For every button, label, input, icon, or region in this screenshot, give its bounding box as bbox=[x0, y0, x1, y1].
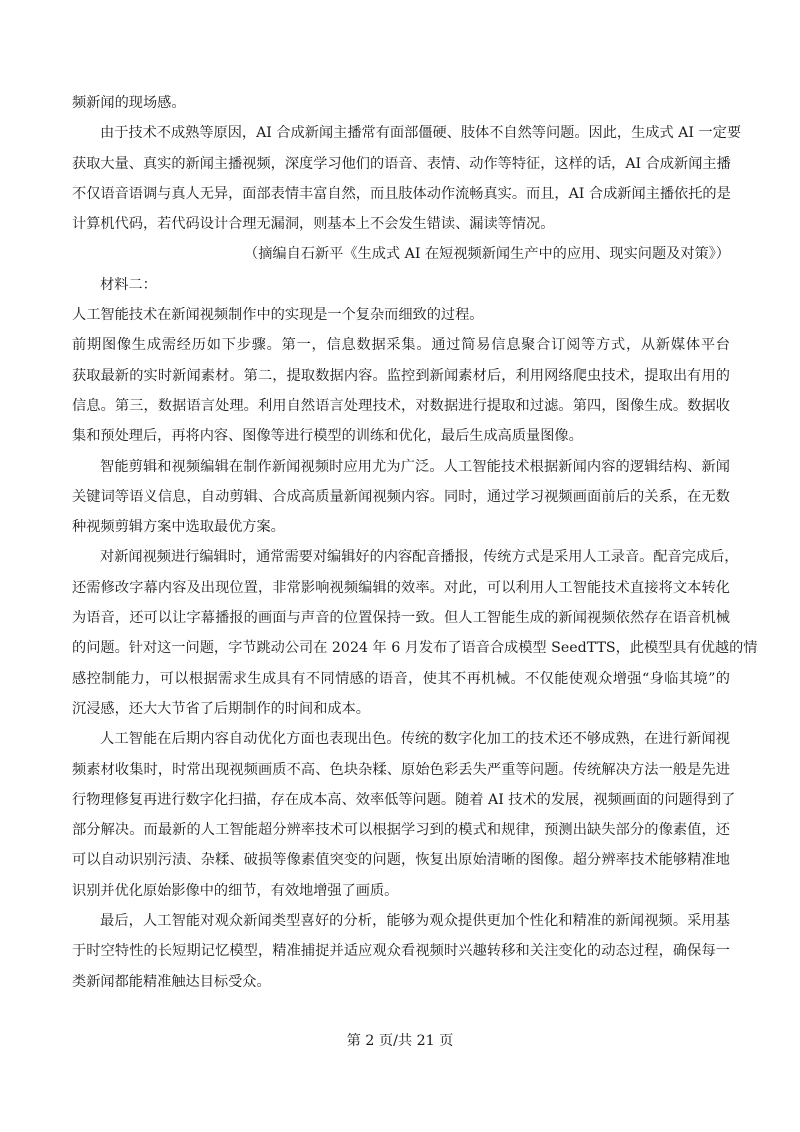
text-line: 智能剪辑和视频编辑在制作新闻视频时应用尤为广泛。人工智能技术根据新闻内容的逻辑结… bbox=[72, 452, 730, 482]
text-line: 部分解决。而最新的人工智能超分辨率技术可以根据学习到的模式和规律，预测出缺失部分… bbox=[72, 815, 730, 845]
text-line: 种视频剪辑方案中选取最优方案。 bbox=[72, 512, 730, 542]
text-line: 最后，人工智能对观众新闻类型喜好的分析，能够为观众提供更加个性化和精准的新闻视频… bbox=[72, 906, 730, 936]
text-line: 行物理修复再进行数字化扫描，存在成本高、效率低等问题。随着 AI 技术的发展，视… bbox=[72, 785, 730, 815]
text-line: 信息。第三，数据语言处理。利用自然语言处理技术，对数据进行提取和过滤。第四，图像… bbox=[72, 391, 730, 421]
text-line: 对新闻视频进行编辑时，通常需要对编辑好的内容配音播报，传统方式是采用人工录音。配… bbox=[72, 542, 730, 572]
text-line: 集和预处理后，再将内容、图像等进行模型的训练和优化，最后生成高质量图像。 bbox=[72, 421, 730, 451]
text-line: 频素材收集时，时常出现视频画质不高、色块杂糅、原始色彩丢失严重等问题。传统解决方… bbox=[72, 755, 730, 785]
text-line: 还需修改字幕内容及出现位置，非常影响视频编辑的效率。对此，可以利用人工智能技术直… bbox=[72, 573, 730, 603]
page-number: 第 2 页/共 21 页 bbox=[0, 1030, 800, 1050]
text-line: 前期图像生成需经历如下步骤。第一，信息数据采集。通过简易信息聚合订阅等方式，从新… bbox=[72, 330, 730, 360]
text-line: 人工智能技术在新闻视频制作中的实现是一个复杂而细致的过程。 bbox=[72, 300, 730, 330]
section-heading: 材料二： bbox=[72, 270, 730, 300]
text-line: 获取大量、真实的新闻主播视频，深度学习他们的语音、表情、动作等特征，这样的话，A… bbox=[72, 149, 730, 179]
text-line: 由于技术不成熟等原因，AI 合成新闻主播常有面部僵硬、肢体不自然等问题。因此，生… bbox=[72, 118, 730, 148]
text-line: 不仅语音语调与真人无异，面部表情丰富自然，而且肢体动作流畅真实。而且，AI 合成… bbox=[72, 179, 730, 209]
text-line: 为语音，还可以让字幕播报的画面与声音的位置保持一致。但人工智能生成的新闻视频依然… bbox=[72, 603, 730, 633]
source-citation: （摘编自石新平《生成式 AI 在短视频新闻生产中的应用、现实问题及对策》） bbox=[72, 239, 730, 269]
text-line: 类新闻都能精准触达目标受众。 bbox=[72, 967, 730, 997]
text-line: 关键词等语义信息，自动剪辑、合成高质量新闻视频内容。同时，通过学习视频画面前后的… bbox=[72, 482, 730, 512]
text-line: 获取最新的实时新闻素材。第二，提取数据内容。监控到新闻素材后，利用网络爬虫技术，… bbox=[72, 361, 730, 391]
text-line: 感控制能力，可以根据需求生成具有不同情感的语音，使其不再机械。不仅能使观众增强“… bbox=[72, 664, 730, 694]
text-line: 频新闻的现场感。 bbox=[72, 88, 730, 118]
text-line: 人工智能在后期内容自动优化方面也表现出色。传统的数字化加工的技术还不够成熟，在进… bbox=[72, 724, 730, 754]
text-line: 于时空特性的长短期记忆模型，精准捕捉并适应观众看视频时兴趣转移和关注变化的动态过… bbox=[72, 936, 730, 966]
text-line: 的问题。针对这一问题，字节跳动公司在 2024 年 6 月发布了语音合成模型 S… bbox=[72, 633, 730, 663]
text-line: 计算机代码，若代码设计合理无漏洞，则基本上不会发生错读、漏读等情况。 bbox=[72, 209, 730, 239]
text-line: 识别并优化原始影像中的细节，有效地增强了画质。 bbox=[72, 876, 730, 906]
text-line: 可以自动识别污渍、杂糅、破损等像素值突变的问题，恢复出原始清晰的图像。超分辨率技… bbox=[72, 845, 730, 875]
document-page: 频新闻的现场感。 由于技术不成熟等原因，AI 合成新闻主播常有面部僵硬、肢体不自… bbox=[72, 88, 730, 997]
text-line: 沉浸感，还大大节省了后期制作的时间和成本。 bbox=[72, 694, 730, 724]
